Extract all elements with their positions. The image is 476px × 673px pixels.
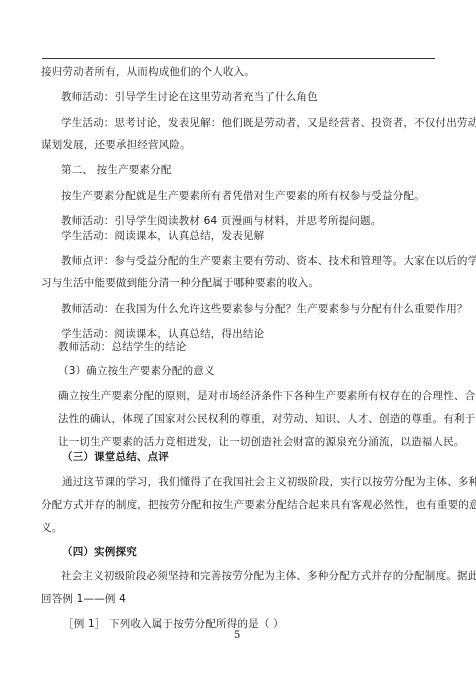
text-line: 教师活动：总结学生的结论: [58, 340, 186, 354]
section-heading: （三）课堂总结、点评: [62, 450, 169, 464]
text-line: 教师活动：在我国为什么允许这些要素参与分配？生产要素参与分配有什么重要作用？: [61, 302, 468, 316]
text-line: 社会主义初级阶段必须坚持和完善按劳分配为主体、多种分配方式并存的分配制度。据此: [61, 569, 476, 583]
text-line: 分配方式并存的制度，把按劳分配和按生产要素分配结合起来具有客观必然性，也有重要的…: [41, 498, 476, 512]
section-heading: （四）实例探究: [62, 545, 137, 559]
text-line: 法性的确认，体现了国家对公民权利的尊重，对劳动、知识、人才、创造的尊重。有利于: [58, 412, 475, 426]
text-line: 谋划发展，还要承担经营风险。: [41, 138, 191, 152]
text-line: ［例 1］ 下列收入属于按劳分配所得的是（ ）: [63, 617, 284, 631]
text-line: 确立按生产要素分配的原则，是对市场经济条件下各种生产要素所有权存在的合理性、合: [58, 389, 475, 403]
text-line: 教师点评：参与受益分配的生产要素主要有劳动、资本、技术和管理等。大家在以后的学: [61, 254, 476, 268]
text-line: 第二、 按生产要素分配: [61, 163, 172, 177]
text-line: 义。: [41, 521, 62, 535]
header-rule: [42, 58, 435, 59]
text-line: （3）确立按生产要素分配的意义: [58, 364, 215, 378]
text-line: 按生产要素分配就是生产要素所有者凭借对生产要素的所有权参与受益分配。: [61, 189, 425, 203]
text-line: 接归劳动者所有，从而构成他们的个人收入。: [41, 65, 255, 79]
text-line: 学生活动：阅读课本，认真总结，发表见解: [61, 229, 264, 243]
text-line: 回答例 1——例 4: [41, 592, 126, 606]
text-line: 让一切生产要素的活力竞相迸发，让一切创造社会财富的源泉充分涌流，以造福人民。: [58, 435, 465, 449]
text-line: 学生活动：阅读课本，认真总结，得出结论: [61, 327, 264, 341]
text-line: 通过这节课的学习，我们懂得了在我国社会主义初级阶段，实行以按劳分配为主体、多种: [62, 475, 476, 489]
text-line: 教师活动：引导学生讨论在这里劳动者充当了什么角色: [61, 90, 318, 104]
text-line: 习与生活中能要做到能分清一种分配属于哪种要素的收入。: [41, 276, 319, 290]
text-line: 学生活动：思考讨论，发表见解：他们既是劳动者，又是经营者、投资者，不仅付出劳动、: [61, 116, 476, 130]
page-number: 5: [234, 630, 240, 641]
text-line: 教师活动：引导学生阅读教材 64 页漫画与材料，并思考所提问题。: [61, 214, 381, 228]
